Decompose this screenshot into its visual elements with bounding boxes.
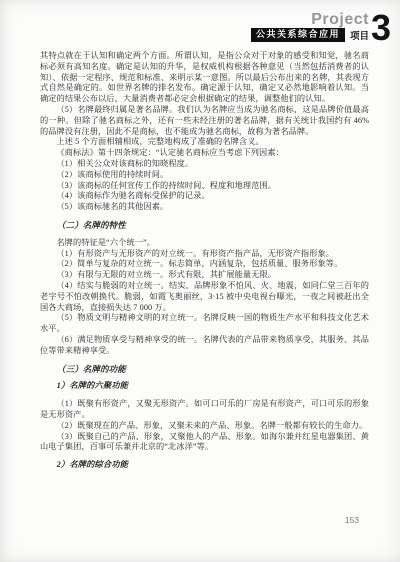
paragraph: （4）该商标作为驰名商标受保护的记录。 bbox=[40, 191, 369, 202]
book-page: Project 公共关系综合应用 项目 3 其特点就在于认知和确定两个方面。所谓… bbox=[0, 0, 400, 562]
body-text: 其特点就在于认知和确定两个方面。所谓认知，是指公众对于对象的感受和知觉，驰名商标… bbox=[40, 51, 369, 478]
paragraph: （2）简单与复杂的对立统一。标志简单，内涵复杂，包括质量、服务形象等。 bbox=[40, 259, 369, 270]
paragraph: （6）满足物质享受与精神享受的统一。名牌代表的产品带来物质享受，其服务、其品位等… bbox=[40, 335, 369, 357]
paragraph: （1）既聚有形资产，又聚无形资产。如可口可乐的厂房是有形资产，可口可乐的形象是无… bbox=[40, 399, 369, 421]
paragraph: （1）有形资产与无形资产的对立统一。有形资产指产品，无形资产指形象。 bbox=[40, 249, 369, 260]
page-number: 153 bbox=[345, 515, 359, 525]
header-band-row: 公共关系综合应用 项目 bbox=[251, 28, 369, 42]
section-heading: 2）名牌的综合功能 bbox=[40, 460, 369, 471]
header-left: Project 公共关系综合应用 项目 bbox=[251, 13, 369, 42]
paragraph: （2）该商标使用的持续时间。 bbox=[40, 170, 369, 181]
paragraph: （3）既聚自己的产品、形象，又聚他人的产品、形象。如海尔兼并红星电器集团、黄山电… bbox=[40, 432, 369, 454]
project-number: 3 bbox=[371, 13, 391, 43]
section-heading: （三）名牌的功能 bbox=[40, 364, 369, 375]
paragraph: 名牌的特征是“六个统一”。 bbox=[40, 238, 369, 249]
section-heading: 1）名牌的六聚功能 bbox=[40, 381, 369, 392]
paragraph: 《商标法》第十四条规定：“认定驰名商标应当考虑下列因素： bbox=[40, 148, 369, 159]
paragraph: （3）有限与无限的对立统一。形式有限，其扩展能量无限。 bbox=[40, 270, 369, 281]
paragraph: （5）该商标驰名的其他因素。 bbox=[40, 202, 369, 213]
paragraph: （5）名牌最终归属是著名品牌。我们认为名牌应当成为驰名商标，这是品牌价值最高的一… bbox=[40, 105, 369, 137]
paragraph: 其特点就在于认知和确定两个方面。所谓认知，是指公众对于对象的感受和知觉，驰名商标… bbox=[40, 51, 369, 105]
section-heading: （二）名牌的特性 bbox=[40, 220, 369, 231]
project-label: Project bbox=[311, 13, 369, 27]
project-cn-label: 项目 bbox=[350, 28, 369, 42]
paragraph: 上述 5 个方面相辅相成，完整地构成了准确的名牌含义。 bbox=[40, 137, 369, 148]
paragraph: （3）该商标的任何宣传工作的持续时间、程度和地理范围。 bbox=[40, 181, 369, 192]
paragraph: （4）结实与脆弱的对立统一。结实，品牌形象不怕风、火、地震，如同仁堂三百年的老字… bbox=[40, 281, 369, 313]
paragraph: （5）物质文明与精神文明的对立统一。名牌反映一国的物质生产水平和科技文化艺术水平… bbox=[40, 313, 369, 335]
paragraph: （1）相关公众对该商标的知晓程度。 bbox=[40, 159, 369, 170]
chapter-title-band: 公共关系综合应用 bbox=[251, 28, 345, 42]
paragraph: （2）既聚现在的产品、形象，又聚未来的产品、形象。名牌一般都有较长的生命力。 bbox=[40, 421, 369, 432]
page-header: Project 公共关系综合应用 项目 3 bbox=[251, 13, 391, 43]
